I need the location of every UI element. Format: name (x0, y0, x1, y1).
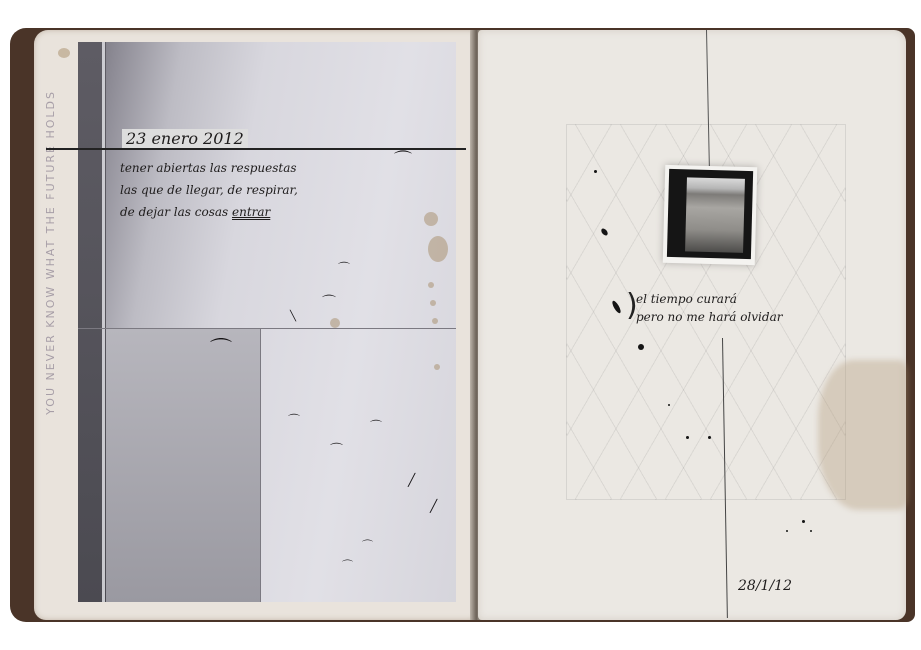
vertical-margin-text: YOU NEVER KNOW WHAT THE FUTURE HOLDS (44, 90, 57, 415)
bird-icon: ╲ (290, 312, 296, 322)
bird-icon: ╱ (430, 500, 437, 512)
coffee-drop (58, 48, 70, 58)
bird-icon: ⌒ (362, 540, 373, 551)
coffee-stain (818, 360, 908, 510)
right-page-poem: el tiempo curará pero no me hará olvidar (636, 290, 782, 326)
underlined-word: entrar (232, 205, 270, 219)
ink-splatter (594, 170, 597, 173)
panel-seam-vertical (260, 328, 261, 602)
poem-line: de dejar las cosas entrar (120, 201, 298, 223)
bird-icon: ⌒ (394, 152, 412, 170)
bird-icon: ⌒ (322, 296, 336, 310)
coffee-drop (428, 236, 448, 262)
ink-splatter (638, 344, 644, 350)
coffee-drop (430, 300, 436, 306)
bird-icon: ⌒ (342, 560, 353, 571)
left-page-date: 23 enero 2012 (122, 129, 248, 148)
print-lower-panel (106, 329, 260, 602)
ink-splatter (810, 530, 812, 532)
bird-icon: ⌒ (338, 262, 350, 274)
bird-icon: ╱ (408, 474, 415, 486)
ink-splatter (686, 436, 689, 439)
ink-splatter (708, 436, 711, 439)
coffee-drop (424, 212, 438, 226)
coffee-drop (428, 282, 434, 288)
left-page-poem: tener abiertas las respuestas las que de… (120, 157, 298, 223)
coffee-drop (434, 364, 440, 370)
ink-splatter (668, 404, 670, 406)
field-photo (685, 177, 745, 252)
poem-line: tener abiertas las respuestas (120, 157, 298, 179)
coffee-drop (432, 318, 438, 324)
white-paint-drip (102, 42, 105, 602)
poem-line: el tiempo curará (636, 290, 782, 308)
right-page-date: 28/1/12 (738, 578, 792, 594)
bird-icon: ⌒ (210, 340, 232, 362)
coffee-drop (330, 318, 340, 328)
bird-icon: ⌒ (288, 414, 300, 426)
panel-seam-horizontal (78, 328, 456, 329)
bird-icon: ⌒ (370, 420, 382, 432)
poem-line: pero no me hará olvidar (636, 308, 782, 326)
polaroid-photo (663, 165, 758, 265)
ink-splatter (786, 530, 788, 532)
film-frame (667, 169, 753, 259)
poem-line: las que de llegar, de respirar, (120, 179, 298, 201)
ink-splatter (802, 520, 805, 523)
bird-icon: ⌒ (330, 444, 343, 457)
bird-print-image (78, 42, 456, 602)
